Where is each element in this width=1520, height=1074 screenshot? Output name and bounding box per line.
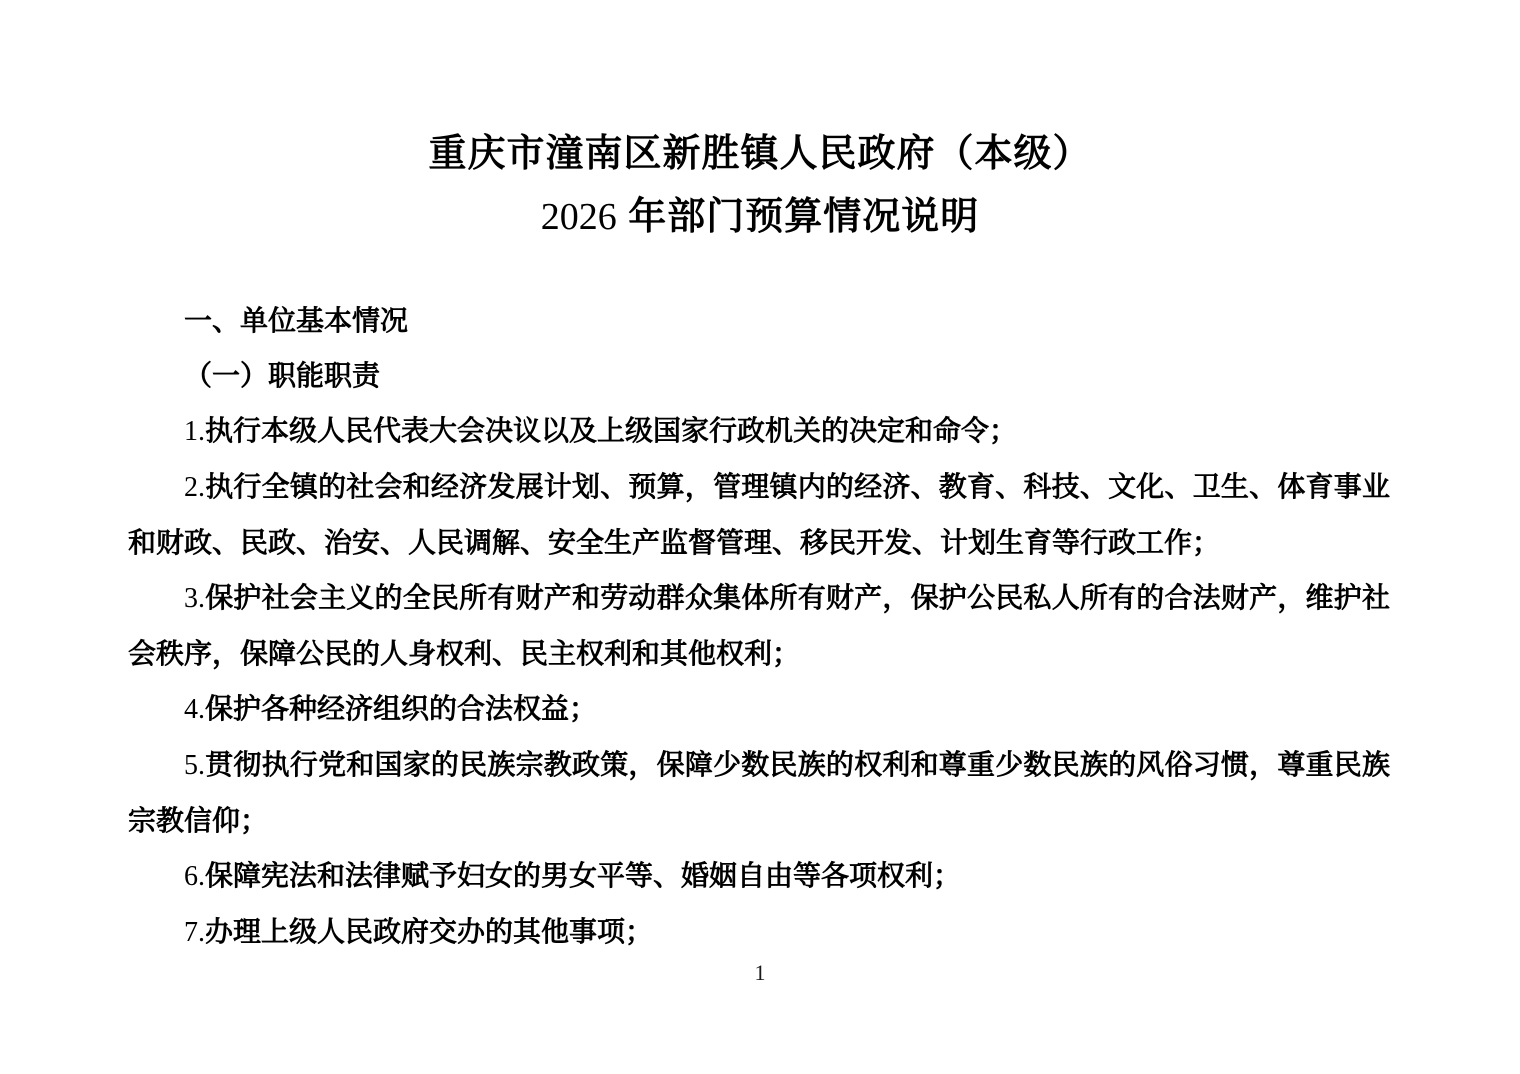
paragraph-7-text: 办理上级人民政府交办的其他事项； [205, 916, 653, 947]
paragraph-1-number: 1. [184, 416, 205, 447]
paragraph-2: 2.执行全镇的社会和经济发展计划、预算，管理镇内的经济、教育、科技、文化、卫生、… [128, 459, 1390, 570]
paragraph-5: 5.贯彻执行党和国家的民族宗教政策，保障少数民族的权利和尊重少数民族的风俗习惯，… [128, 737, 1390, 848]
title-line-2: 2026 年部门预算情况说明 [0, 186, 1520, 249]
paragraph-3-text: 保护社会主义的全民所有财产和劳动群众集体所有财产，保护公民私人所有的合法财产，维… [128, 582, 1390, 669]
paragraph-7: 7.办理上级人民政府交办的其他事项； [128, 904, 1390, 960]
document-body: 一、单位基本情况 （一）职能职责 1.执行本级人民代表大会决议以及上级国家行政机… [128, 293, 1390, 960]
title-year: 2026 [541, 196, 617, 238]
paragraph-4-text: 保护各种经济组织的合法权益； [205, 693, 597, 724]
paragraph-7-number: 7. [184, 917, 205, 948]
document-title: 重庆市潼南区新胜镇人民政府（本级） 2026 年部门预算情况说明 [0, 0, 1520, 249]
title-line-2-text: 年部门预算情况说明 [617, 196, 980, 238]
subsection-heading: （一）职能职责 [128, 348, 1390, 403]
paragraph-6: 6.保障宪法和法律赋予妇女的男女平等、婚姻自由等各项权利； [128, 848, 1390, 904]
paragraph-2-text: 执行全镇的社会和经济发展计划、预算，管理镇内的经济、教育、科技、文化、卫生、体育… [128, 471, 1390, 558]
paragraph-2-number: 2. [184, 472, 205, 503]
paragraph-4: 4.保护各种经济组织的合法权益； [128, 681, 1390, 737]
paragraph-1: 1.执行本级人民代表大会决议以及上级国家行政机关的决定和命令； [128, 403, 1390, 459]
page-number: 1 [0, 960, 1520, 986]
paragraph-5-number: 5. [184, 750, 205, 781]
paragraph-3: 3.保护社会主义的全民所有财产和劳动群众集体所有财产，保护公民私人所有的合法财产… [128, 570, 1390, 681]
paragraph-1-text: 执行本级人民代表大会决议以及上级国家行政机关的决定和命令； [205, 415, 1017, 446]
document-page: 重庆市潼南区新胜镇人民政府（本级） 2026 年部门预算情况说明 一、单位基本情… [0, 0, 1520, 1074]
paragraph-5-text: 贯彻执行党和国家的民族宗教政策，保障少数民族的权利和尊重少数民族的风俗习惯，尊重… [128, 749, 1390, 836]
section-heading: 一、单位基本情况 [128, 293, 1390, 348]
paragraph-3-number: 3. [184, 583, 205, 614]
paragraph-4-number: 4. [184, 694, 205, 725]
title-line-1: 重庆市潼南区新胜镇人民政府（本级） [0, 123, 1520, 186]
paragraph-6-text: 保障宪法和法律赋予妇女的男女平等、婚姻自由等各项权利； [205, 860, 961, 891]
paragraph-6-number: 6. [184, 861, 205, 892]
